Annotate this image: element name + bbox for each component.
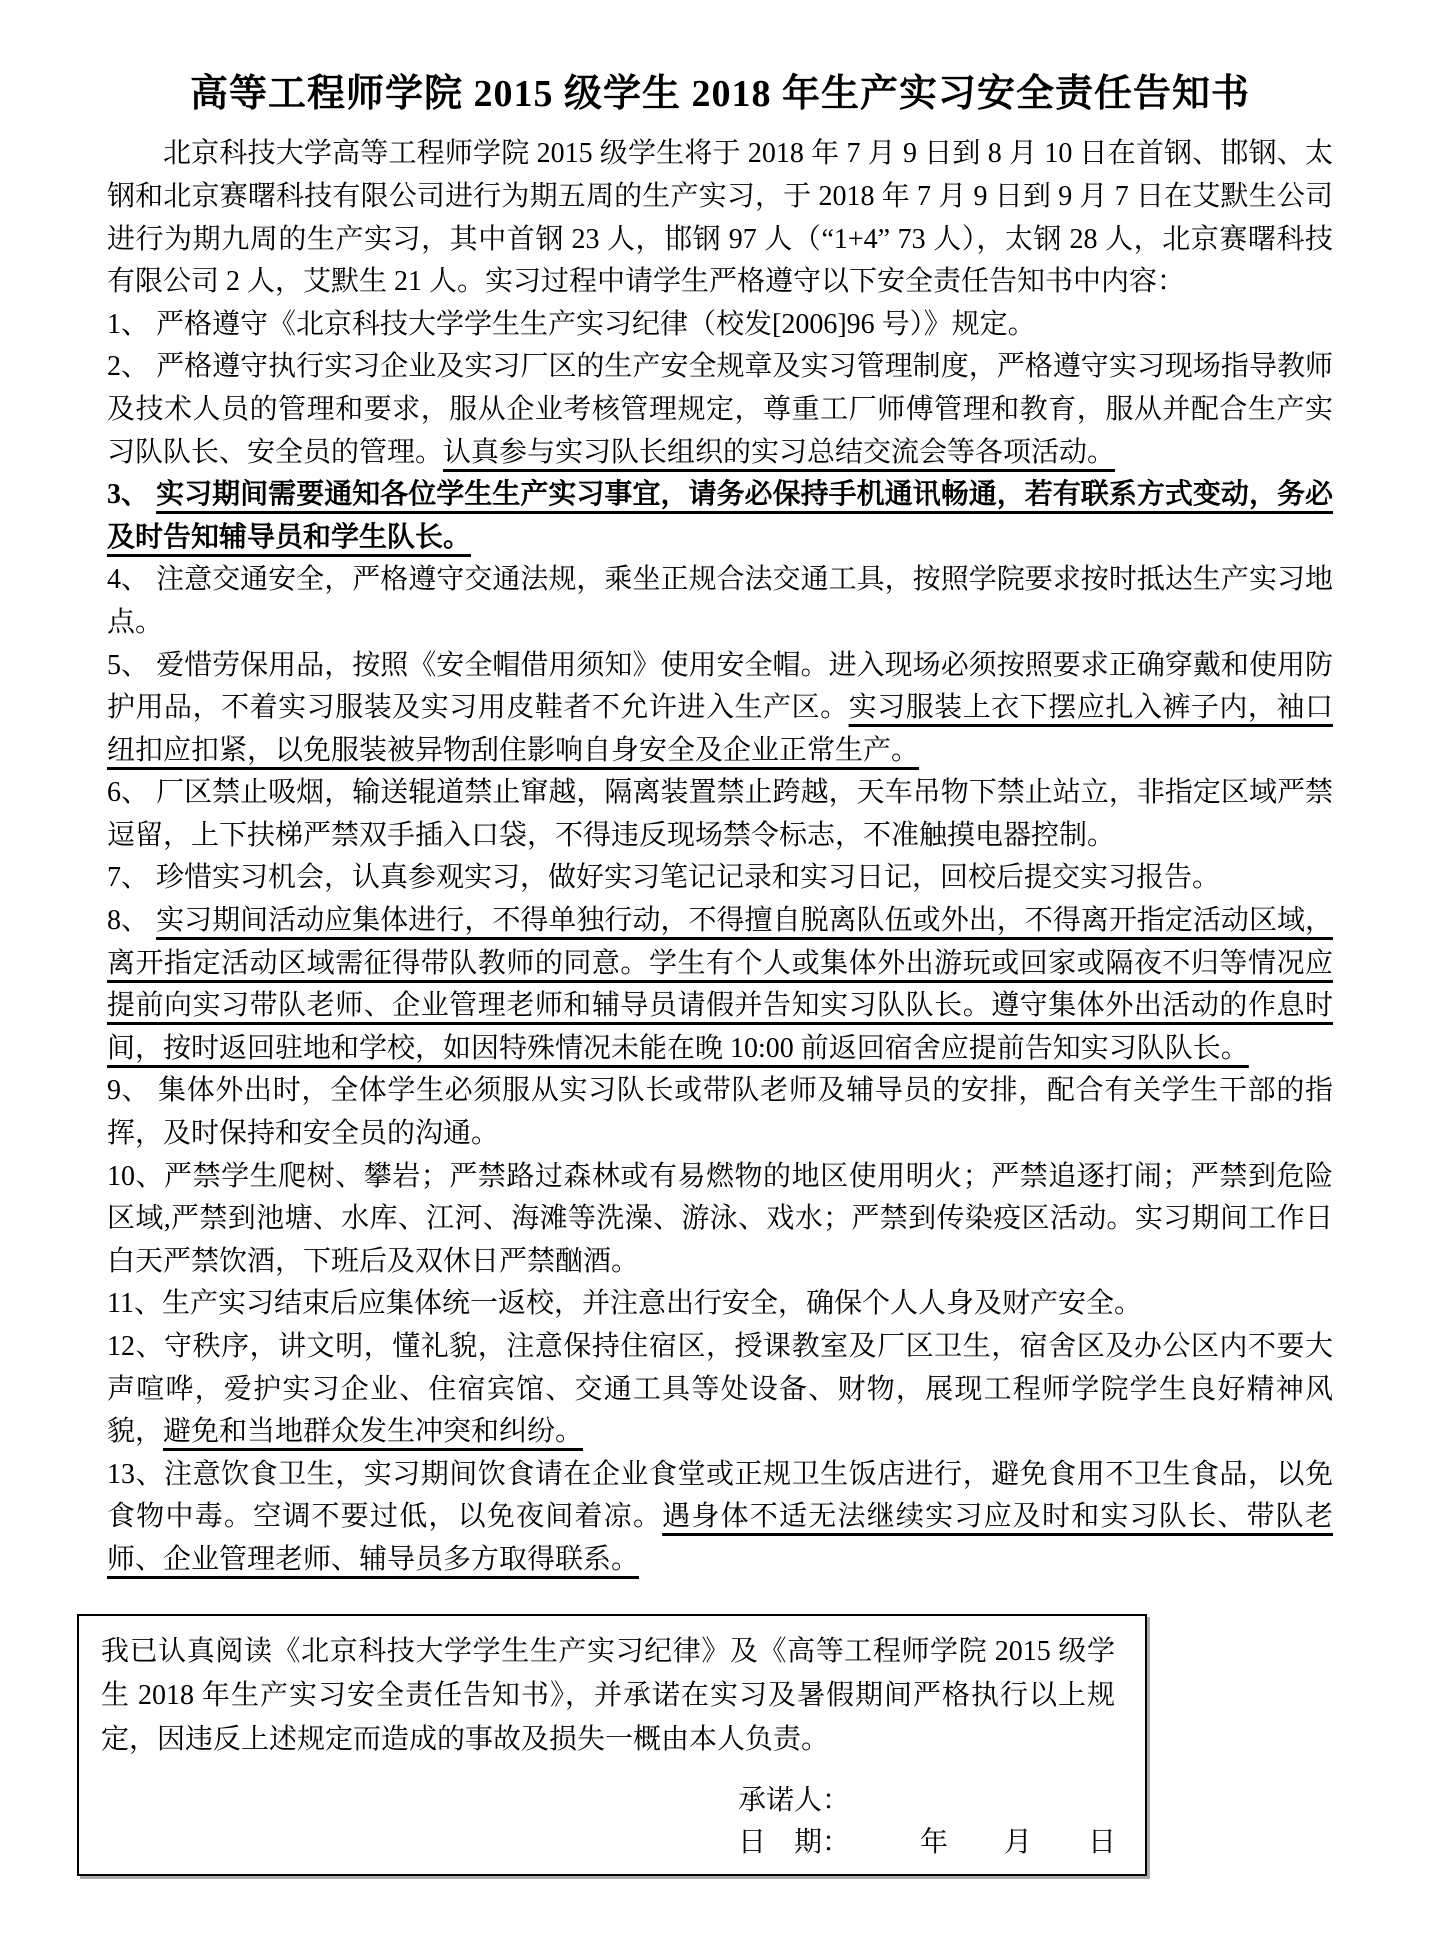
text-segment: 6、 厂区禁止吸烟，输送辊道禁止窜越，隔离装置禁止跨越，天车吊物下禁止站立，非指… [107,777,1333,851]
text-segment: 10、严禁学生爬树、攀岩；严禁路过森林或有易燃物的地区使用明火；严禁追逐打闹；严… [107,1161,1333,1277]
text-segment: 实习期间活动应集体进行，不得单独行动，不得擅自脱离队伍或外出，不得离开指定活动区… [107,905,1333,1064]
item-7: 7、 珍惜实习机会，认真参观实习，做好实习笔记记录和实习日记，回校后提交实习报告… [107,857,1333,900]
document-page: 高等工程师学院 2015 级学生 2018 年生产实习安全责任告知书 北京科技大… [0,0,1440,1943]
item-1: 1、 严格遵守《北京科技大学学生生产实习纪律（校发[2006]96 号）》规定。 [107,304,1333,347]
signature-block: 承诺人： 日 期： 年 月 日 [738,1780,1115,1864]
item-9: 9、 集体外出时，全体学生必须服从实习队长或带队老师及辅导员的安排，配合有关学生… [107,1070,1333,1155]
text-segment: 实习期间需要通知各位学生生产实习事宜，请务必保持手机通讯畅通，若有联系方式变动，… [107,479,1333,553]
pledge-text: 我已认真阅读《北京科技大学学生生产实习纪律》及《高等工程师学院 2015 级学生… [101,1630,1115,1762]
text-segment: 7、 珍惜实习机会，认真参观实习，做好实习笔记记录和实习日记，回校后提交实习报告… [107,862,1220,893]
item-6: 6、 厂区禁止吸烟，输送辊道禁止窜越，隔离装置禁止跨越，天车吊物下禁止站立，非指… [107,772,1333,857]
item-11: 11、生产实习结束后应集体统一返校，并注意出行安全，确保个人人身及财产安全。 [107,1283,1333,1326]
item-10: 10、严禁学生爬树、攀岩；严禁路过森林或有易燃物的地区使用明火；严禁追逐打闹；严… [107,1156,1333,1284]
item-2: 2、 严格遵守执行实习企业及实习厂区的生产安全规章及实习管理制度，严格遵守实习现… [107,346,1333,474]
intro-paragraph: 北京科技大学高等工程师学院 2015 级学生将于 2018 年 7 月 9 日到… [107,133,1333,303]
text-segment: 3、 [107,479,156,510]
text-segment: 北京科技大学高等工程师学院 2015 级学生将于 2018 年 7 月 9 日到… [107,138,1333,297]
text-segment: 认真参与实习队长组织的实习总结交流会等各项活动。 [443,437,1115,468]
date-label: 日 期： 年 月 日 [738,1822,1115,1864]
document-title: 高等工程师学院 2015 级学生 2018 年生产实习安全责任告知书 [0,0,1440,119]
item-13: 13、注意饮食卫生，实习期间饮食请在企业食堂或正规卫生饭店进行，避免食用不卫生食… [107,1454,1333,1582]
item-8: 8、 实习期间活动应集体进行，不得单独行动，不得擅自脱离队伍或外出，不得离开指定… [107,900,1333,1070]
text-segment: 1、 严格遵守《北京科技大学学生生产实习纪律（校发[2006]96 号）》规定。 [107,309,1036,340]
text-segment: 11、生产实习结束后应集体统一返校，并注意出行安全，确保个人人身及财产安全。 [107,1288,1142,1319]
text-segment: 8、 [107,905,156,936]
document-body: 北京科技大学高等工程师学院 2015 级学生将于 2018 年 7 月 9 日到… [107,133,1333,1581]
item-12: 12、守秩序，讲文明，懂礼貌，注意保持住宿区，授课教室及厂区卫生，宿舍区及办公区… [107,1326,1333,1454]
pledge-box: 我已认真阅读《北京科技大学学生生产实习纪律》及《高等工程师学院 2015 级学生… [77,1614,1147,1876]
item-4: 4、 注意交通安全，严格遵守交通法规，乘坐正规合法交通工具，按照学院要求按时抵达… [107,559,1333,644]
text-segment: 9、 集体外出时，全体学生必须服从实习队长或带队老师及辅导员的安排，配合有关学生… [107,1075,1333,1149]
item-3: 3、 实习期间需要通知各位学生生产实习事宜，请务必保持手机通讯畅通，若有联系方式… [107,474,1333,559]
text-segment: 避免和当地群众发生冲突和纠纷。 [163,1416,583,1447]
text-segment: 4、 注意交通安全，严格遵守交通法规，乘坐正规合法交通工具，按照学院要求按时抵达… [107,564,1333,638]
promiser-label: 承诺人： [738,1780,1115,1822]
item-5: 5、 爱惜劳保用品，按照《安全帽借用须知》使用安全帽。进入现场必须按照要求正确穿… [107,645,1333,773]
